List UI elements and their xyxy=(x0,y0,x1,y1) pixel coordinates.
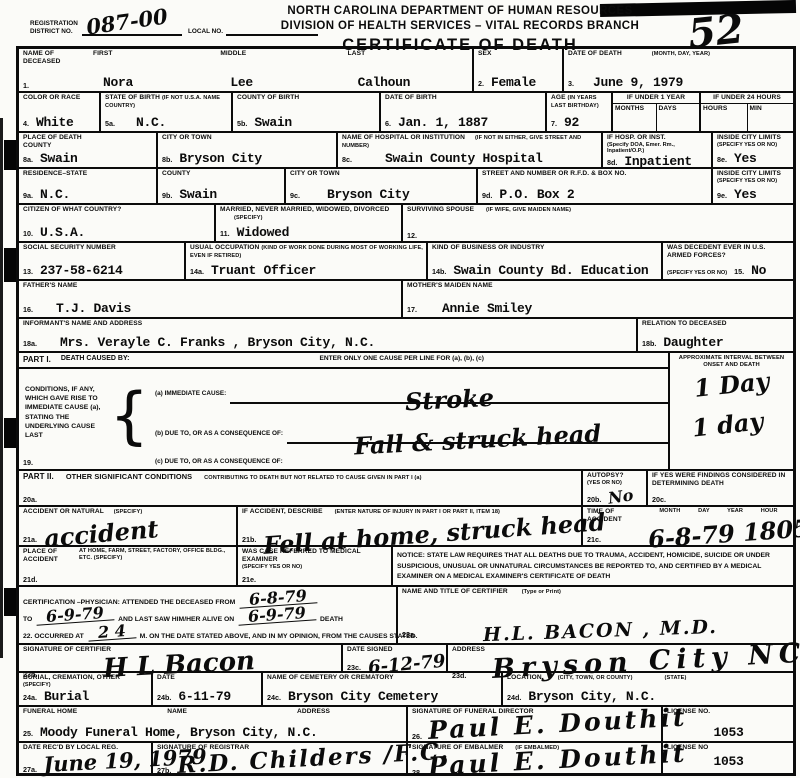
marital-value: Widowed xyxy=(237,225,290,240)
residence-city-value: Bryson City xyxy=(307,187,410,202)
residence-street-value: P.O. Box 2 xyxy=(499,187,574,202)
occupation-label: USUAL OCCUPATION xyxy=(190,244,259,251)
other-conditions-label: OTHER SIGNIFICANT CONDITIONS xyxy=(66,472,192,481)
hours-label: HOURS xyxy=(701,104,748,131)
state-of-birth-label: STATE OF BIRTH xyxy=(105,94,160,101)
autopsy-value: No xyxy=(607,485,635,507)
father-value: T.J. Davis xyxy=(40,301,131,316)
field-funeral-home: FUNERAL HOME NAME ADDRESS 25. Moody Fune… xyxy=(19,707,408,741)
last-label: LAST xyxy=(348,50,469,58)
spouse-sublabel: (IF WIFE, GIVE MAIDEN NAME) xyxy=(486,207,571,213)
field-residence-city: CITY OR TOWN 9c. Bryson City xyxy=(286,169,478,203)
father-num: 16. xyxy=(23,305,33,314)
certifier-value: H.L. BACON , M.D. xyxy=(483,616,719,646)
field-surviving-spouse: SURVIVING SPOUSE (IF WIFE, GIVE MAIDEN N… xyxy=(403,205,793,241)
armed-forces-sublabel: (SPECIFY YES OR NO) xyxy=(667,270,727,276)
spouse-num: 12. xyxy=(407,231,417,240)
if-hosp-label: IF HOSP. OR INST. xyxy=(607,134,708,142)
min-label: MIN xyxy=(748,104,794,131)
residence-city-num: 9c. xyxy=(290,191,300,200)
marital-label: MARRIED, NEVER MARRIED, WIDOWED, DIVORCE… xyxy=(220,206,389,213)
scan-edge-artifact xyxy=(0,118,3,658)
interval-column: APPROXIMATE INTERVAL BETWEEN ONSET AND D… xyxy=(668,353,793,469)
accident-or-natural-value: accident xyxy=(43,519,159,548)
burial-type-num: 24a. xyxy=(23,693,37,702)
director-license-label: LICENSE NO. xyxy=(667,708,790,716)
field-certification: CERTIFICATION –PHYSICIAN: ATTENDED THE D… xyxy=(19,587,398,643)
dod-value: June 9, 1979 xyxy=(581,75,683,90)
field-age: AGE (IN YEARS LAST BIRTHDAY) 7. 92 xyxy=(547,93,613,131)
months-label: MONTHS xyxy=(613,104,657,131)
field-director-license: LICENSE NO. 1053 xyxy=(663,707,793,741)
medical-examiner-notice: NOTICE: STATE LAW REQUIRES THAT ALL DEAT… xyxy=(393,547,793,585)
field-relation: RELATION TO DECEASED 18b. Daughter xyxy=(638,319,793,351)
burial-location-value: Bryson City, N.C. xyxy=(528,689,656,704)
field-date-signed: DATE SIGNED 23c. 6-12-79 xyxy=(343,645,448,671)
accident-or-natural-label: ACCIDENT OR NATURAL xyxy=(23,508,104,515)
burial-date-value: 6-11-79 xyxy=(178,689,231,704)
funeral-home-name-label: NAME xyxy=(167,708,187,716)
burial-date-num: 24b. xyxy=(157,693,171,702)
field-occupation: USUAL OCCUPATION (KIND OF WORK DONE DURI… xyxy=(186,243,428,279)
part1-label: PART I. xyxy=(23,355,51,364)
under-1-year-label: IF UNDER 1 YEAR xyxy=(613,93,699,104)
dob-label: DATE OF BIRTH xyxy=(385,94,542,102)
marital-num: 11. xyxy=(220,229,230,238)
informant-num: 18a. xyxy=(23,339,37,348)
county-of-birth-value: Swain xyxy=(254,115,292,130)
industry-num: 14b. xyxy=(432,267,446,276)
embalmer-license-value: 1053 xyxy=(713,754,743,769)
field-residence-street: STREET AND NUMBER OR R.F.D. & BOX NO. 9d… xyxy=(478,169,713,203)
under-24-hours-label: IF UNDER 24 HOURS xyxy=(701,93,793,104)
registration-district-value: 087-00 xyxy=(85,3,169,39)
field-cemetery: NAME OF CEMETERY OR CREMATORY 24c. Bryso… xyxy=(263,673,503,705)
cause-line-a: (a) IMMEDIATE CAUSE: Stroke xyxy=(151,369,668,409)
ssn-label: SOCIAL SECURITY NUMBER xyxy=(23,244,181,252)
field-certifier-name: NAME AND TITLE OF CERTIFIER (Type or Pri… xyxy=(398,587,793,643)
field-registrar-signature: SIGNATURE OF REGISTRAR 27b. R.D. Childer… xyxy=(153,743,408,773)
field-if-accident-describe: IF ACCIDENT, DESCRIBE (ENTER NATURE OF I… xyxy=(238,507,583,545)
field-county-of-birth: COUNTY OF BIRTH 5b. Swain xyxy=(233,93,381,131)
days-label: DAYS xyxy=(657,104,700,131)
occupation-value: Truant Officer xyxy=(211,263,316,278)
immediate-cause-label: (a) IMMEDIATE CAUSE: xyxy=(155,390,226,397)
part2-other-conditions: PART II. OTHER SIGNIFICANT CONDITIONS CO… xyxy=(19,471,583,505)
registration-district-label: REGISTRATION DISTRICT NO. xyxy=(30,20,82,36)
field-residence-county: COUNTY 9b. Swain xyxy=(158,169,286,203)
date-received-num: 27a. xyxy=(23,765,37,774)
death-city-limits-num: 8e. xyxy=(717,155,727,164)
last-name-value: Calhoun xyxy=(348,75,469,90)
age-value: 92 xyxy=(564,115,579,130)
accident-or-natural-num: 21a. xyxy=(23,535,37,544)
field-funeral-director-signature: SIGNATURE OF FUNERAL DIRECTOR 26. Paul E… xyxy=(408,707,663,741)
burial-type-value: Burial xyxy=(44,689,89,704)
name-num: 1. xyxy=(23,81,80,90)
residence-state-label: RESIDENCE–STATE xyxy=(23,170,153,178)
age-label: AGE xyxy=(551,94,566,101)
due-to-c-label: (c) DUE TO, OR AS A CONSEQUENCE OF: xyxy=(155,458,283,465)
field-date-of-death: DATE OF DEATH (MONTH, DAY, YEAR) 3. June… xyxy=(564,49,793,91)
field-place-of-death-county: PLACE OF DEATH COUNTY 8a. Swain xyxy=(19,133,158,167)
date-signed-num: 23c. xyxy=(347,663,361,672)
field-accident-or-natural: ACCIDENT OR NATURAL (SPECIFY) 21a. accid… xyxy=(19,507,238,545)
death-city-limits-value: Yes xyxy=(734,151,757,166)
place-of-death-county-label: PLACE OF DEATH COUNTY xyxy=(23,134,83,150)
if-hosp-value: Inpatient xyxy=(624,154,692,169)
referred-num: 21e. xyxy=(242,575,256,584)
hospital-num: 8c. xyxy=(342,155,352,164)
field-industry: KIND OF BUSINESS OR INDUSTRY 14b. Swain … xyxy=(428,243,663,279)
findings-num: 20c. xyxy=(652,495,666,504)
last-saw-label: AND LAST SAW HIM/HER ALIVE ON xyxy=(118,616,234,623)
field-referred-to-medical-examiner: WAS CASE REFERRED TO MEDICAL EXAMINER (S… xyxy=(238,547,393,585)
occurred-at-label: 22. OCCURRED AT xyxy=(23,633,84,640)
field-state-of-birth: STATE OF BIRTH (IF NOT U.S.A. NAME COUNT… xyxy=(101,93,233,131)
county-of-birth-label: COUNTY OF BIRTH xyxy=(237,94,376,102)
field-embalmer-signature: SIGNATURE OF EMBALMER (IF EMBALMED) 28. … xyxy=(408,743,663,773)
field-burial-date: DATE 24b. 6-11-79 xyxy=(153,673,263,705)
middle-label: MIDDLE xyxy=(220,50,341,58)
residence-city-limits-num: 9e. xyxy=(717,191,727,200)
occurred-time-value: 2 4 xyxy=(87,624,136,642)
part1-num: 19. xyxy=(23,458,33,467)
field-time-of-accident: TIME OF ACCIDENT MONTH DAY YEAR HOUR 21c… xyxy=(583,507,793,545)
first-name-value: Nora xyxy=(93,75,214,90)
informant-value: Mrs. Verayle C. Franks , Bryson City, N.… xyxy=(44,335,375,350)
spouse-label: SURVIVING SPOUSE xyxy=(407,206,474,213)
field-autopsy: AUTOPSY? (YES OR NO) 20b. No xyxy=(583,471,648,505)
field-ssn: SOCIAL SECURITY NUMBER 13. 237-58-6214 xyxy=(19,243,186,279)
field-death-inside-city-limits: INSIDE CITY LIMITS (SPECIFY YES OR NO) 8… xyxy=(713,133,793,167)
part1-death-caused-by: PART I. DEATH CAUSED BY: ENTER ONLY ONE … xyxy=(19,353,793,471)
funeral-home-num: 25. xyxy=(23,729,33,738)
describe-sublabel: (ENTER NATURE OF INJURY IN PART I OR PAR… xyxy=(335,509,500,515)
place-of-death-city-value: Bryson City xyxy=(179,151,262,166)
describe-num: 21b. xyxy=(242,535,256,544)
residence-state-value: N.C. xyxy=(40,187,70,202)
interval-b-value: 1 day xyxy=(691,411,764,438)
dob-num: 6. xyxy=(385,119,391,128)
describe-label: IF ACCIDENT, DESCRIBE xyxy=(242,508,323,515)
ssn-value: 237-58-6214 xyxy=(40,263,123,278)
one-cause-per-line-note: ENTER ONLY ONE CAUSE PER LINE FOR (a), (… xyxy=(139,355,664,362)
cemetery-num: 24c. xyxy=(267,693,281,702)
death-city-limits-label: INSIDE CITY LIMITS xyxy=(717,134,790,142)
residence-street-label: STREET AND NUMBER OR R.F.D. & BOX NO. xyxy=(482,170,708,178)
field-certifier-signature: SIGNATURE OF CERTIFIER 23b. H L Bacon xyxy=(19,645,343,671)
cemetery-value: Bryson City Cemetery xyxy=(288,689,438,704)
citizen-num: 10. xyxy=(23,229,33,238)
residence-city-label: CITY OR TOWN xyxy=(290,170,473,178)
attended-label: ATTENDED THE DECEASED FROM xyxy=(122,599,236,606)
burial-type-sublabel: (SPECIFY) xyxy=(23,682,148,688)
cemetery-label: NAME OF CEMETERY OR CREMATORY xyxy=(267,674,498,682)
race-value: White xyxy=(36,115,74,130)
certificate-form: NAME OF DECEASED 1. FIRST Nora MIDDLE Le… xyxy=(16,46,796,776)
department-line1: NORTH CAROLINA DEPARTMENT OF HUMAN RESOU… xyxy=(200,4,720,19)
dod-label: DATE OF DEATH xyxy=(568,50,622,57)
field-marital-status: MARRIED, NEVER MARRIED, WIDOWED, DIVORCE… xyxy=(216,205,403,241)
burial-type-label: BURIAL, CREMATION, OTHER xyxy=(23,674,148,682)
citizen-value: U.S.A. xyxy=(40,225,85,240)
sex-label: SEX xyxy=(478,50,559,58)
field-color-or-race: COLOR OR RACE 4. White xyxy=(19,93,101,131)
residence-city-limits-value: Yes xyxy=(734,187,757,202)
place-of-accident-num: 21d. xyxy=(23,575,37,584)
county-of-birth-num: 5b. xyxy=(237,119,247,128)
field-citizen: CITIZEN OF WHAT COUNTRY? 10. U.S.A. xyxy=(19,205,216,241)
field-embalmer-license: LICENSE NO 1053 xyxy=(663,743,793,773)
local-no-line xyxy=(226,22,318,36)
armed-forces-value: No xyxy=(751,263,766,278)
residence-state-num: 9a. xyxy=(23,191,33,200)
field-burial-type: BURIAL, CREMATION, OTHER (SPECIFY) 24a. … xyxy=(19,673,153,705)
place-of-accident-label: PLACE OF ACCIDENT xyxy=(23,548,79,564)
burial-location-state-sublabel: (STATE) xyxy=(665,675,687,681)
race-label: COLOR OR RACE xyxy=(23,94,96,102)
field-burial-location: LOCATION (CITY, TOWN, OR COUNTY) (STATE)… xyxy=(503,673,793,705)
place-of-accident-sublabel: AT HOME, FARM, STREET, FACTORY, OFFICE B… xyxy=(79,548,233,564)
burial-location-label: LOCATION xyxy=(507,674,542,681)
time-of-accident-label: TIME OF ACCIDENT xyxy=(587,508,647,524)
field-armed-forces: WAS DECEDENT EVER IN U.S. ARMED FORCES? … xyxy=(663,243,793,279)
occupation-num: 14a. xyxy=(190,267,204,276)
relation-num: 18b. xyxy=(642,339,656,348)
findings-label: IF YES WERE FINDINGS CONSIDERED IN DETER… xyxy=(652,472,790,488)
funeral-home-value: Moody Funeral Home, Bryson City, N.C. xyxy=(40,725,318,740)
armed-forces-num: 15. xyxy=(734,267,744,276)
field-father-name: FATHER'S NAME 16. T.J. Davis xyxy=(19,281,403,317)
place-of-death-city-label: CITY OR TOWN xyxy=(162,134,333,142)
notice-text: NOTICE: STATE LAW REQUIRES THAT ALL DEAT… xyxy=(393,547,793,583)
state-of-birth-value: N.C. xyxy=(122,115,166,130)
registration-district-line: 087-00 xyxy=(82,22,182,36)
if-hosp-num: 8d. xyxy=(607,158,617,167)
age-num: 7. xyxy=(551,119,557,128)
marital-sublabel: (SPECIFY) xyxy=(234,215,263,221)
interval-a-value: 1 Day xyxy=(693,371,770,398)
certifier-num: 23a. xyxy=(402,630,416,639)
dob-value: Jan. 1, 1887 xyxy=(398,115,488,130)
autopsy-num: 20b. xyxy=(587,495,601,504)
registrar-signature-num: 27b. xyxy=(157,766,171,775)
field-hospital: NAME OF HOSPITAL OR INSTITUTION (IF NOT … xyxy=(338,133,603,167)
industry-value: Swain County Bd. Education xyxy=(453,263,648,278)
interval-label: APPROXIMATE INTERVAL BETWEEN ONSET AND D… xyxy=(670,353,793,369)
middle-name-value: Lee xyxy=(220,75,341,90)
other-conditions-sublabel: CONTRIBUTING TO DEATH BUT NOT RELATED TO… xyxy=(204,475,421,481)
certifier-sublabel: (Type or Print) xyxy=(522,589,561,595)
death-caused-by-label: DEATH CAUSED BY: xyxy=(61,355,130,362)
referred-label: WAS CASE REFERRED TO MEDICAL EXAMINER xyxy=(242,548,388,564)
death-certificate-document: 52 NORTH CAROLINA DEPARTMENT OF HUMAN RE… xyxy=(0,0,800,778)
field-if-under-24-hours: IF UNDER 24 HOURS HOURS MIN xyxy=(701,93,793,131)
relation-label: RELATION TO DECEASED xyxy=(642,320,790,328)
field-mother-name: MOTHER'S MAIDEN NAME 17. Annie Smiley xyxy=(403,281,793,317)
hospital-label: NAME OF HOSPITAL OR INSTITUTION xyxy=(342,134,465,141)
citizen-label: CITIZEN OF WHAT COUNTRY? xyxy=(23,206,211,214)
embalmer-num: 28. xyxy=(412,768,422,777)
autopsy-label: AUTOPSY? xyxy=(587,472,643,480)
armed-forces-label: WAS DECEDENT EVER IN U.S. ARMED FORCES? xyxy=(667,244,790,260)
brace-glyph: { xyxy=(110,373,149,460)
part2-label: PART II. xyxy=(23,472,54,481)
residence-city-limits-sublabel: (SPECIFY YES OR NO) xyxy=(717,178,790,184)
death-word-label: DEATH xyxy=(320,616,343,623)
to-label: TO xyxy=(23,616,32,623)
time-of-accident-num: 21c. xyxy=(587,535,601,544)
race-num: 4. xyxy=(23,119,29,128)
sex-num: 2. xyxy=(478,79,484,88)
mother-label: MOTHER'S MAIDEN NAME xyxy=(407,282,790,290)
place-of-death-county-num: 8a. xyxy=(23,155,33,164)
residence-county-num: 9b. xyxy=(162,191,172,200)
dod-num: 3. xyxy=(568,79,574,88)
residence-county-label: COUNTY xyxy=(162,170,281,178)
local-no-label: LOCAL NO. xyxy=(188,28,226,36)
field-informant: INFORMANT'S NAME AND ADDRESS 18a. Mrs. V… xyxy=(19,319,638,351)
funeral-home-address-label: ADDRESS xyxy=(297,708,330,716)
informant-label: INFORMANT'S NAME AND ADDRESS xyxy=(23,320,633,328)
autopsy-sublabel: (YES OR NO) xyxy=(587,480,643,486)
residence-county-value: Swain xyxy=(179,187,217,202)
burial-date-label: DATE xyxy=(157,674,258,682)
embalmer-license-label: LICENSE NO xyxy=(667,744,790,752)
mother-num: 17. xyxy=(407,305,417,314)
burial-location-num: 24d. xyxy=(507,693,521,702)
mother-value: Annie Smiley xyxy=(424,301,532,316)
conditions-label-block: CONDITIONS, IF ANY, WHICH GAVE RISE TO I… xyxy=(19,369,151,469)
burial-location-sublabel: (CITY, TOWN, OR COUNTY) xyxy=(558,675,633,681)
occurred-rest-label: M. ON THE DATE STATED ABOVE, AND IN MY O… xyxy=(140,633,418,640)
field-date-of-birth: DATE OF BIRTH 6. Jan. 1, 1887 xyxy=(381,93,547,131)
field-date-received: DATE REC'D BY LOCAL REG. 27a. June 19, 1… xyxy=(19,743,153,773)
field-certifier-address: ADDRESS 23d. Bryson City NC xyxy=(448,645,793,671)
ssn-num: 13. xyxy=(23,267,33,276)
field-residence-state: RESIDENCE–STATE 9a. N.C. xyxy=(19,169,158,203)
death-city-limits-sublabel: (SPECIFY YES OR NO) xyxy=(717,142,790,148)
sex-value: Female xyxy=(491,75,536,90)
residence-street-num: 9d. xyxy=(482,191,492,200)
industry-label: KIND OF BUSINESS OR INDUSTRY xyxy=(432,244,658,252)
field-residence-inside-city-limits: INSIDE CITY LIMITS (SPECIFY YES OR NO) 9… xyxy=(713,169,793,203)
first-label: FIRST xyxy=(93,50,214,58)
name-label: NAME OF DECEASED xyxy=(23,50,87,66)
field-findings-considered: IF YES WERE FINDINGS CONSIDERED IN DETER… xyxy=(648,471,793,505)
place-of-death-county-value: Swain xyxy=(40,151,78,166)
last-saw-date-value: 6-9-79 xyxy=(238,606,317,626)
dod-sublabel: (MONTH, DAY, YEAR) xyxy=(652,51,710,57)
place-of-death-city-num: 8b. xyxy=(162,155,172,164)
registration-district: REGISTRATION DISTRICT NO. 087-00 LOCAL N… xyxy=(30,20,318,36)
certifier-label: NAME AND TITLE OF CERTIFIER xyxy=(402,588,508,595)
field-place-of-accident: PLACE OF ACCIDENT AT HOME, FARM, STREET,… xyxy=(19,547,238,585)
father-label: FATHER'S NAME xyxy=(23,282,398,290)
director-license-value: 1053 xyxy=(713,725,743,740)
field-name-of-deceased: NAME OF DECEASED 1. FIRST Nora MIDDLE Le… xyxy=(19,49,474,91)
hospital-value: Swain County Hospital xyxy=(359,151,543,166)
conditions-label: CONDITIONS, IF ANY, WHICH GAVE RISE TO I… xyxy=(25,385,113,440)
state-of-birth-num: 5a. xyxy=(105,119,115,128)
field-if-under-1-year: IF UNDER 1 YEAR MONTHS DAYS xyxy=(613,93,701,131)
due-to-b-label: (b) DUE TO, OR AS A CONSEQUENCE OF: xyxy=(155,430,283,437)
accident-or-natural-sublabel: (SPECIFY) xyxy=(114,509,143,515)
field-place-of-death-city: CITY OR TOWN 8b. Bryson City xyxy=(158,133,338,167)
immediate-cause-value: Stroke xyxy=(404,387,494,411)
funeral-home-label: FUNERAL HOME xyxy=(23,708,77,716)
if-hosp-sublabel: (Specify DOA, Emer. Rm., Inpatient/O.P.) xyxy=(607,142,708,154)
field-if-hosp-or-inst: IF HOSP. OR INST. (Specify DOA, Emer. Rm… xyxy=(603,133,713,167)
residence-city-limits-label: INSIDE CITY LIMITS xyxy=(717,170,790,178)
relation-value: Daughter xyxy=(663,335,723,350)
referred-sublabel: (SPECIFY YES OR NO) xyxy=(242,564,388,570)
time-of-accident-value: 6-8-79 1805 xyxy=(648,518,800,548)
part2-num: 20a. xyxy=(23,495,37,504)
field-sex: SEX 2. Female xyxy=(474,49,564,91)
